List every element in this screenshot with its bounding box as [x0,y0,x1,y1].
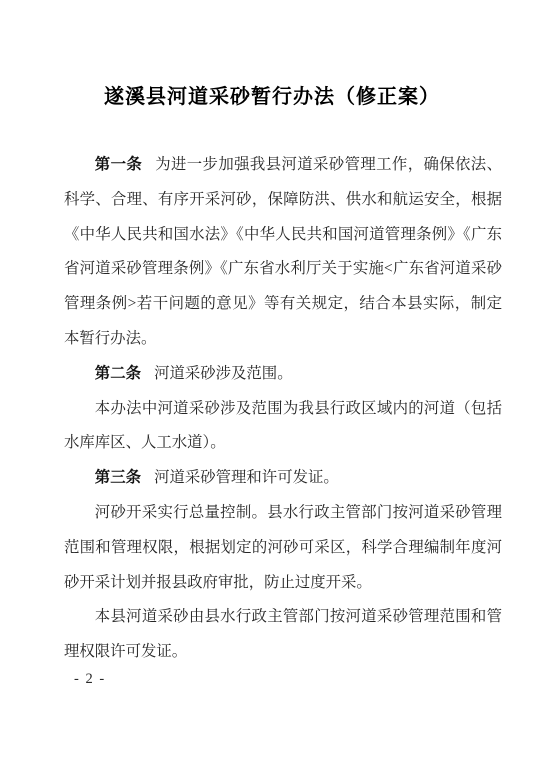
clause-2-label: 第二条 [95,365,141,382]
clause-4-text: 河道采砂管理和许可发证。 [154,469,339,486]
paragraph-5-text: 河砂开采实行总量控制。县水行政主管部门按河道采砂管理范围和管理权限，根据划定的河… [64,504,502,591]
clause-4-label: 第三条 [95,469,141,486]
body-paragraph-5: 河砂开采实行总量控制。县水行政主管部门按河道采砂管理范围和管理权限，根据划定的河… [64,496,502,600]
clause-1-label: 第一条 [95,156,142,173]
document-page: 遂溪县河道采砂暂行办法（修正案） 第一条为进一步加强我县河道采砂管理工作，确保依… [0,0,544,768]
clause-2-text: 河道采砂涉及范围。 [154,365,293,382]
clause-paragraph-1: 第一条为进一步加强我县河道采砂管理工作，确保依法、科学、合理、有序开采河砂，保障… [64,148,502,357]
document-body: 第一条为进一步加强我县河道采砂管理工作，确保依法、科学、合理、有序开采河砂，保障… [64,148,502,670]
body-paragraph-3: 本办法中河道采砂涉及范围为我县行政区域内的河道（包括水库库区、人工水道）。 [64,392,502,462]
body-paragraph-6: 本县河道采砂由县水行政主管部门按河道采砂管理范围和管理权限许可发证。 [64,600,502,670]
clause-paragraph-4: 第三条河道采砂管理和许可发证。 [64,461,502,496]
clause-paragraph-2: 第二条河道采砂涉及范围。 [64,357,502,392]
paragraph-3-text: 本办法中河道采砂涉及范围为我县行政区域内的河道（包括水库库区、人工水道）。 [64,400,502,452]
page-number: - 2 - [74,671,106,688]
clause-1-text: 为进一步加强我县河道采砂管理工作，确保依法、科学、合理、有序开采河砂，保障防洪、… [64,156,502,347]
document-title: 遂溪县河道采砂暂行办法（修正案） [0,80,544,109]
paragraph-6-text: 本县河道采砂由县水行政主管部门按河道采砂管理范围和管理权限许可发证。 [64,608,502,660]
